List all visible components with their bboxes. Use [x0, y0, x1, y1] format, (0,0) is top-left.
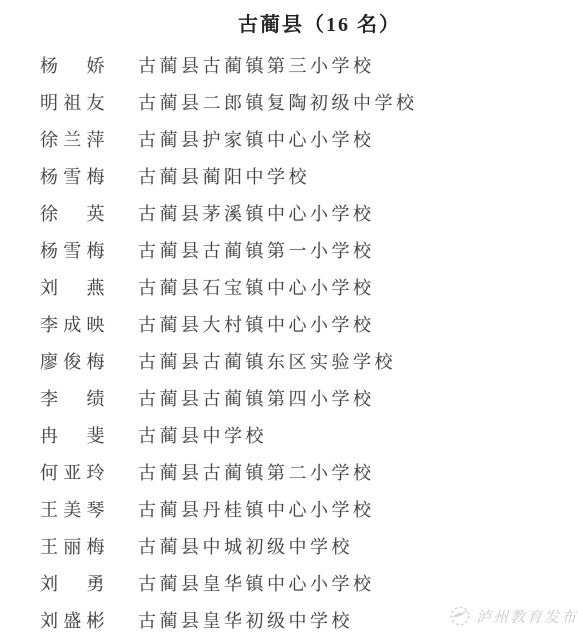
list-item: 杨雪梅 古蔺县蔺阳中学校 [40, 157, 583, 194]
person-name: 王丽梅 [40, 533, 108, 559]
person-name: 刘 燕 [40, 274, 108, 300]
school-name: 古蔺县丹桂镇中心小学校 [138, 496, 375, 522]
list-item: 李 绩 古蔺县古蔺镇第四小学校 [40, 379, 583, 416]
luzhou-education-logo-icon [449, 605, 471, 627]
school-name: 古蔺县石宝镇中心小学校 [138, 274, 375, 300]
school-name: 古蔺县古蔺镇第二小学校 [138, 459, 375, 485]
person-name: 李成映 [40, 311, 108, 337]
watermark: 泸州教育发布 [449, 605, 578, 627]
list-item: 冉 斐 古蔺县中学校 [40, 416, 583, 453]
person-name: 刘盛彬 [40, 607, 108, 633]
document-page: 古蔺县（16 名） 杨 娇 古蔺县古蔺镇第三小学校 明祖友 古蔺县二郎镇复陶初级… [0, 0, 583, 640]
person-name: 杨雪梅 [40, 163, 108, 189]
watermark-label: 泸州教育发布 [476, 606, 578, 627]
school-name: 古蔺县蔺阳中学校 [138, 163, 310, 189]
list-item: 刘 勇 古蔺县皇华镇中心小学校 [40, 564, 583, 601]
person-name: 廖俊梅 [40, 348, 108, 374]
person-name: 王美琴 [40, 496, 108, 522]
school-name: 古蔺县古蔺镇第一小学校 [138, 237, 375, 263]
page-title: 古蔺县（16 名） [28, 8, 583, 37]
person-name: 徐 英 [40, 200, 108, 226]
list-item: 徐 英 古蔺县茅溪镇中心小学校 [40, 194, 583, 231]
school-name: 古蔺县护家镇中心小学校 [138, 126, 375, 152]
list-item: 王美琴 古蔺县丹桂镇中心小学校 [40, 490, 583, 527]
person-name: 冉 斐 [40, 422, 108, 448]
school-name: 古蔺县中学校 [138, 422, 267, 448]
awardee-list: 杨 娇 古蔺县古蔺镇第三小学校 明祖友 古蔺县二郎镇复陶初级中学校 徐兰萍 古蔺… [40, 46, 583, 638]
list-item: 刘 燕 古蔺县石宝镇中心小学校 [40, 268, 583, 305]
school-name: 古蔺县中城初级中学校 [138, 533, 353, 559]
list-item: 明祖友 古蔺县二郎镇复陶初级中学校 [40, 83, 583, 120]
school-name: 古蔺县古蔺镇东区实验学校 [138, 348, 396, 374]
list-item: 王丽梅 古蔺县中城初级中学校 [40, 527, 583, 564]
school-name: 古蔺县古蔺镇第三小学校 [138, 52, 375, 78]
person-name: 刘 勇 [40, 570, 108, 596]
person-name: 徐兰萍 [40, 126, 108, 152]
list-item: 徐兰萍 古蔺县护家镇中心小学校 [40, 120, 583, 157]
school-name: 古蔺县二郎镇复陶初级中学校 [138, 89, 418, 115]
list-item: 李成映 古蔺县大村镇中心小学校 [40, 305, 583, 342]
person-name: 明祖友 [40, 89, 108, 115]
person-name: 何亚玲 [40, 459, 108, 485]
school-name: 古蔺县茅溪镇中心小学校 [138, 200, 375, 226]
list-item: 何亚玲 古蔺县古蔺镇第二小学校 [40, 453, 583, 490]
list-item: 杨雪梅 古蔺县古蔺镇第一小学校 [40, 231, 583, 268]
school-name: 古蔺县皇华镇中心小学校 [138, 570, 375, 596]
school-name: 古蔺县皇华初级中学校 [138, 607, 353, 633]
person-name: 杨雪梅 [40, 237, 108, 263]
person-name: 杨 娇 [40, 52, 108, 78]
list-item: 廖俊梅 古蔺县古蔺镇东区实验学校 [40, 342, 583, 379]
list-item: 杨 娇 古蔺县古蔺镇第三小学校 [40, 46, 583, 83]
person-name: 李 绩 [40, 385, 108, 411]
school-name: 古蔺县大村镇中心小学校 [138, 311, 375, 337]
school-name: 古蔺县古蔺镇第四小学校 [138, 385, 375, 411]
